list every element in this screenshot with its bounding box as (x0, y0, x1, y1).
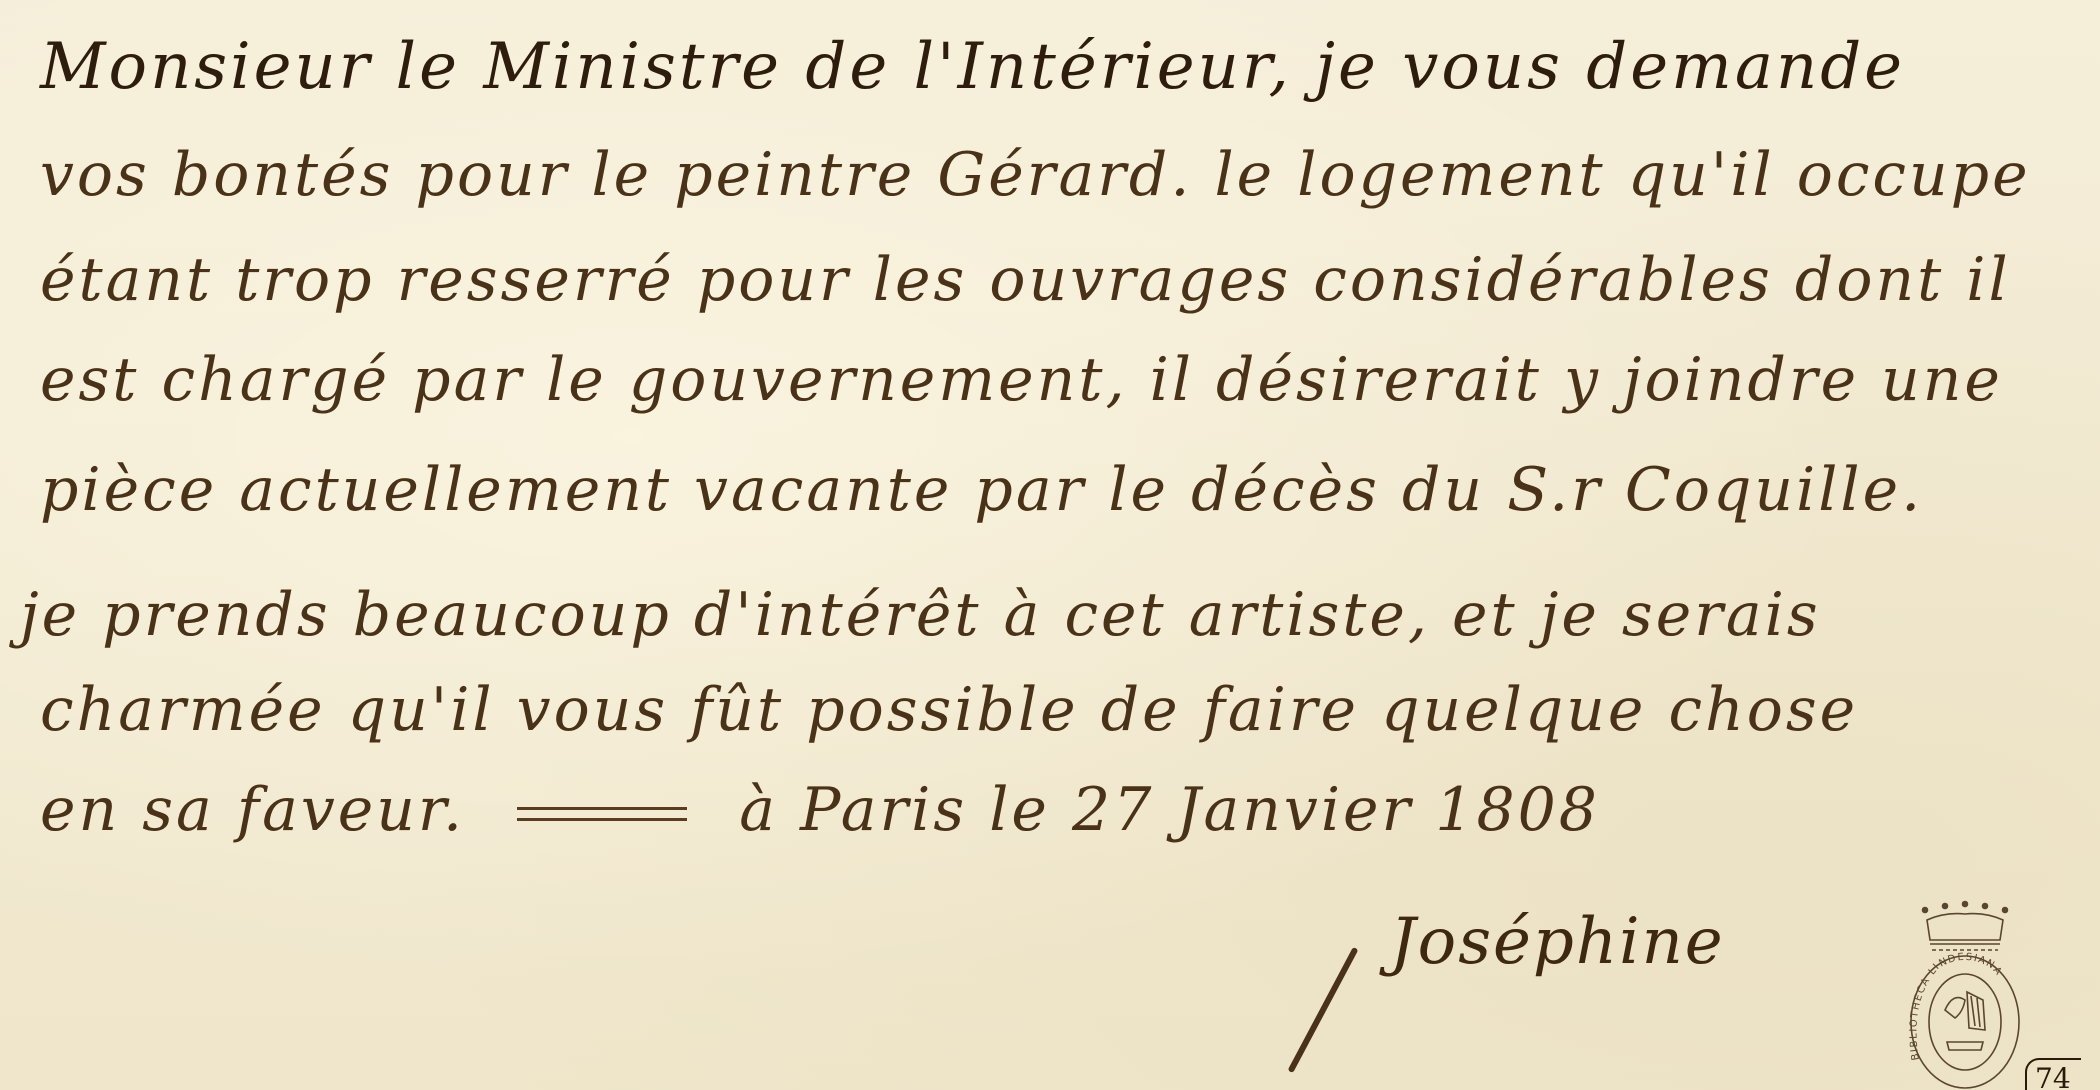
date-year: 1808 (1435, 775, 1600, 845)
letter-line-2: vos bontés pour le peintre Gérard. le lo… (40, 140, 2031, 210)
shelf-mark: 74 (2025, 1058, 2081, 1090)
letter-line-1: Monsieur le Ministre de l'Intérieur, je … (40, 30, 1905, 104)
letter-line-5: pièce actuellement vacante par le décès … (40, 455, 1923, 525)
letter-line-8-dateline: en sa faveur. à Paris le 27 Janvier 1808 (40, 775, 1600, 845)
date-month: Janvier (1176, 775, 1413, 845)
closing-phrase: en sa faveur. (40, 775, 465, 845)
signature-flourish (1287, 947, 1358, 1073)
letter-line-6: je prends beaucoup d'intérêt à cet artis… (20, 580, 1821, 650)
stamp-text: BIBLIOTHECA LINDESIANA (1906, 1015, 2024, 1025)
library-stamp-icon: BIBLIOTHECA LINDESIANA BIBLIOTHECA LINDE… (1905, 900, 2025, 1090)
letter-page: Monsieur le Ministre de l'Intérieur, je … (0, 0, 2100, 1090)
svg-text:BIBLIOTHECA LINDESIANA: BIBLIOTHECA LINDESIANA (1908, 952, 2004, 1061)
signature: Joséphine (1390, 905, 1725, 979)
double-rule-divider (517, 807, 687, 821)
letter-line-7: charmée qu'il vous fût possible de faire… (40, 675, 1858, 745)
letter-line-3: étant trop resserré pour les ouvrages co… (40, 245, 2011, 315)
letter-line-4: est chargé par le gouvernement, il désir… (40, 345, 2003, 415)
date-day: 27 (1072, 775, 1154, 845)
date-place: à Paris le (739, 775, 1050, 845)
